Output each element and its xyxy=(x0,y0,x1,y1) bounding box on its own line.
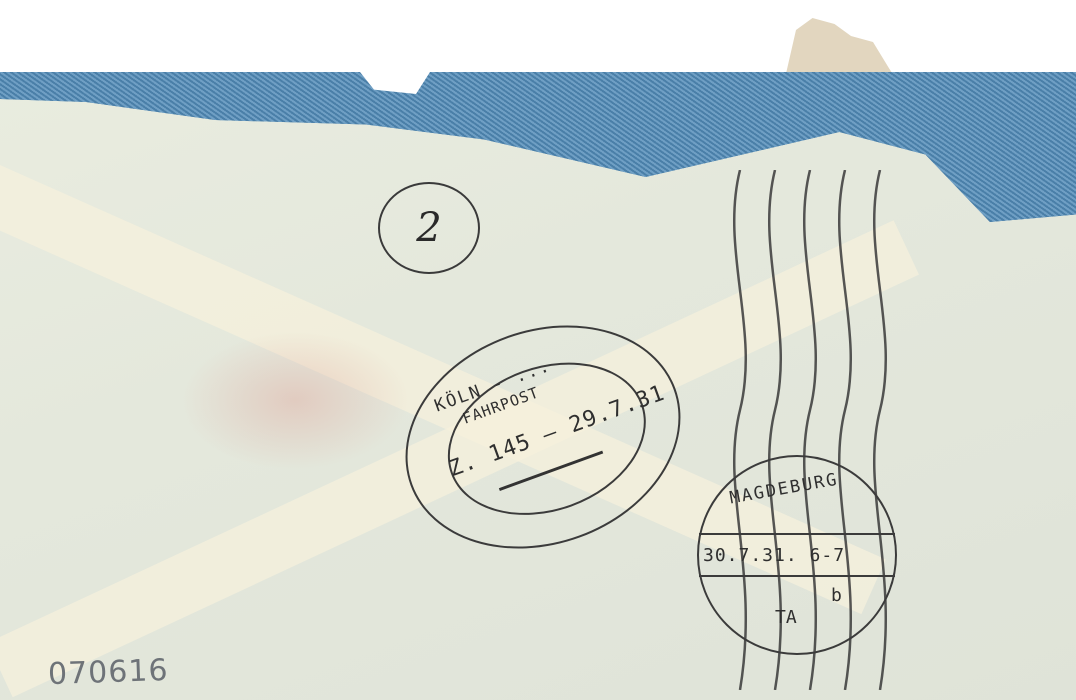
postmark-code: TA xyxy=(775,607,797,628)
postmark-date: 30.7.31. 6-7 xyxy=(703,545,845,566)
postmark-city: MAGDEBURG xyxy=(728,470,840,509)
postmark-magdeburg: MAGDEBURG 30.7.31. 6-7 b TA xyxy=(697,455,897,655)
postmark-bridge-line xyxy=(699,533,895,535)
postmark-bridge-line xyxy=(699,575,895,577)
pencil-inventory-number: 070616 xyxy=(47,653,169,692)
numeral-stamp: 2 xyxy=(378,182,480,274)
postmark-subcode: b xyxy=(831,585,842,606)
torn-paper-tab xyxy=(785,18,895,78)
pink-stain xyxy=(180,330,410,470)
numeral-stamp-text: 2 xyxy=(416,205,441,251)
